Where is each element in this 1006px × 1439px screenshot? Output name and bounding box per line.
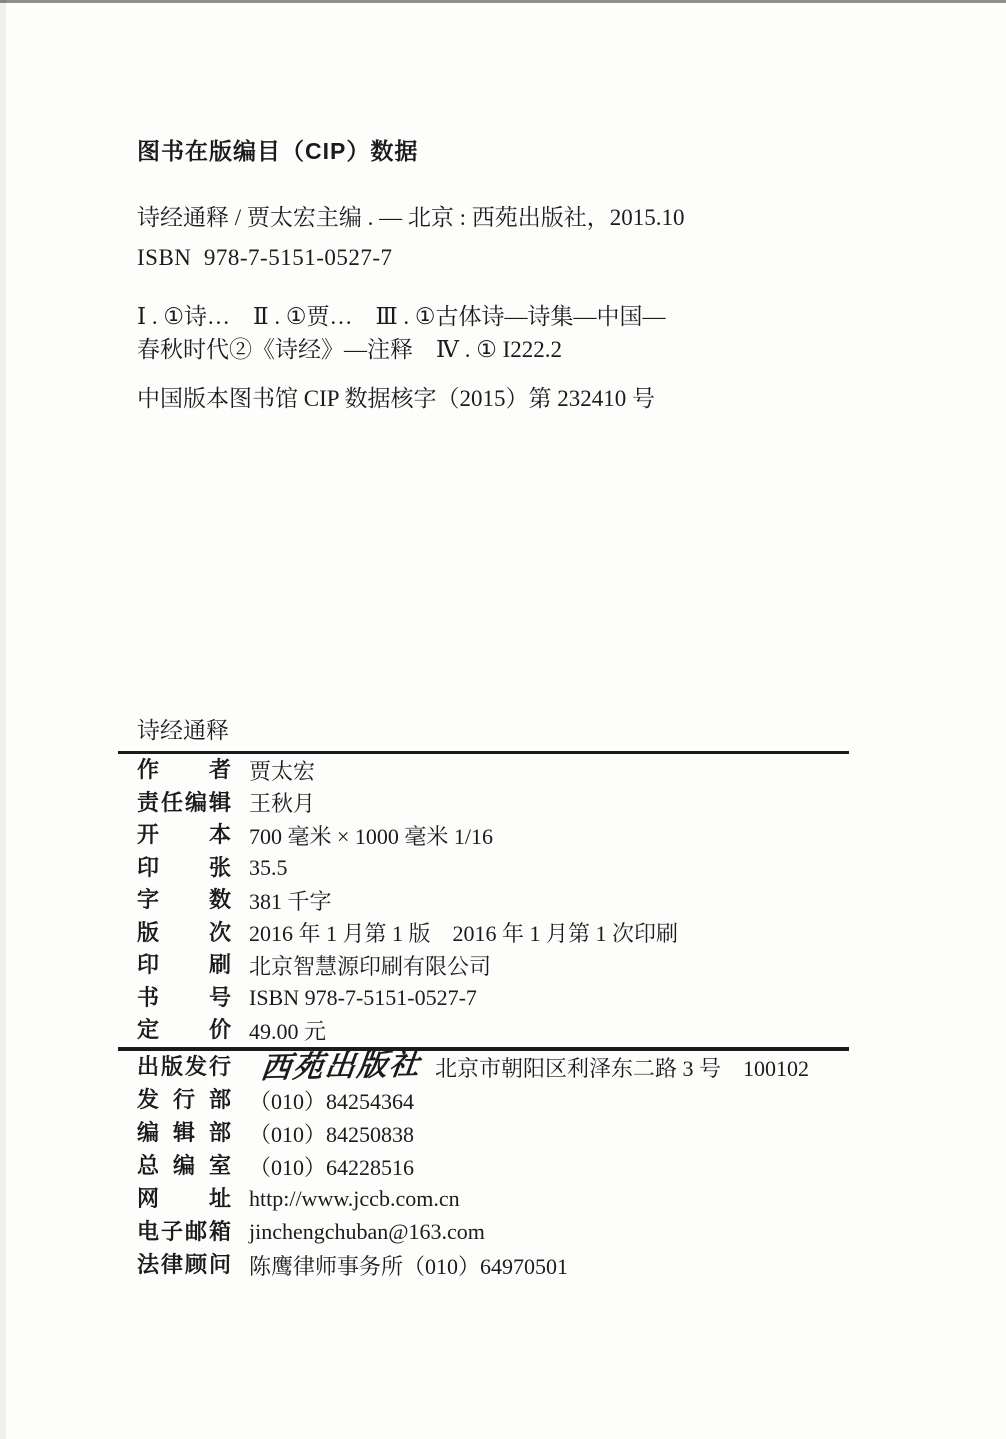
row-label: 总编室 <box>137 1155 231 1177</box>
row-label: 字数 <box>137 889 231 911</box>
row-label: 印刷 <box>137 954 231 976</box>
row-value: 2016 年 1 月第 1 版 2016 年 1 月第 1 次印刷 <box>249 917 678 948</box>
publisher-row-email: 电子邮箱 jinchengchuban@163.com <box>118 1216 849 1249</box>
publisher-row-distribution: 出版发行 西苑出版社 北京市朝阳区利泽东二路 3 号 100102 <box>118 1051 849 1084</box>
row-value: （010）84250838 <box>249 1118 414 1149</box>
colophon-row-edition: 版次 2016 年 1 月第 1 版 2016 年 1 月第 1 次印刷 <box>118 917 849 950</box>
row-label: 作者 <box>137 759 231 781</box>
row-label: 印张 <box>137 857 231 879</box>
row-value: ISBN 978-7-5151-0527-7 <box>249 985 477 1011</box>
row-label: 网址 <box>137 1188 231 1210</box>
colophon-row-price: 定价 49.00 元 <box>118 1014 849 1047</box>
cip-record-line: 中国版本图书馆 CIP 数据核字（2015）第 232410 号 <box>137 384 817 414</box>
scan-left-edge-artifact <box>0 0 6 1439</box>
row-label: 定价 <box>137 1019 231 1041</box>
row-label: 电子邮箱 <box>137 1221 231 1243</box>
publisher-row-legal-counsel: 法律顾问 陈鹰律师事务所（010）64970501 <box>118 1249 849 1282</box>
row-label: 版次 <box>137 922 231 944</box>
scan-top-edge-artifact <box>0 0 1006 3</box>
colophon-row-isbn: 书号 ISBN 978-7-5151-0527-7 <box>118 982 849 1015</box>
row-value: jinchengchuban@163.com <box>249 1219 485 1245</box>
colophon-row-wordcount: 字数 381 千字 <box>118 884 849 917</box>
colophon-row-editor: 责任编辑 王秋月 <box>118 787 849 820</box>
row-label: 发行部 <box>137 1089 231 1111</box>
publisher-row-distribution-dept: 发行部 （010）84254364 <box>118 1084 849 1117</box>
row-value: http://www.jccb.com.cn <box>249 1186 460 1212</box>
cip-block: 图书在版编目（CIP）数据 诗经通释 / 贾太宏主编 . — 北京 : 西苑出版… <box>137 136 817 414</box>
row-value: 陈鹰律师事务所（010）64970501 <box>249 1250 568 1281</box>
row-value: 北京智慧源印刷有限公司 <box>249 950 491 981</box>
publisher-logo: 西苑出版社 <box>259 1050 423 1084</box>
row-label: 开本 <box>137 824 231 846</box>
row-label: 责任编辑 <box>137 792 231 814</box>
row-value: 49.00 元 <box>249 1015 326 1046</box>
colophon-table: 作者 贾太宏 责任编辑 王秋月 开本 700 毫米 × 1000 毫米 1/16… <box>118 754 849 1047</box>
publisher-row-chief-editor-office: 总编室 （010）64228516 <box>118 1150 849 1183</box>
cip-classification-line-1: Ⅰ . ①诗… Ⅱ . ①贾… Ⅲ . ①古体诗—诗集—中国— <box>137 300 817 333</box>
row-value: 北京市朝阳区利泽东二路 3 号 100102 <box>435 1052 809 1083</box>
book-title: 诗经通释 <box>118 716 849 746</box>
cip-title-line: 诗经通释 / 贾太宏主编 . — 北京 : 西苑出版社，2015.10 <box>137 203 817 233</box>
row-value: 王秋月 <box>249 787 315 818</box>
row-label: 出版发行 <box>137 1056 231 1078</box>
row-value: 381 千字 <box>249 885 332 916</box>
cip-classification-line-2: 春秋时代②《诗经》—注释 Ⅳ . ① I222.2 <box>137 333 817 366</box>
row-value: 35.5 <box>249 855 288 881</box>
colophon-block: 诗经通释 作者 贾太宏 责任编辑 王秋月 开本 700 毫米 × 1000 毫米… <box>118 716 849 1282</box>
publisher-row-editorial-dept: 编辑部 （010）84250838 <box>118 1117 849 1150</box>
row-value: 700 毫米 × 1000 毫米 1/16 <box>249 820 493 851</box>
colophon-row-printer: 印刷 北京智慧源印刷有限公司 <box>118 949 849 982</box>
publisher-row-website: 网址 http://www.jccb.com.cn <box>118 1183 849 1216</box>
colophon-row-sheets: 印张 35.5 <box>118 852 849 885</box>
cip-isbn-line: ISBN 978-7-5151-0527-7 <box>137 243 817 273</box>
row-label: 书号 <box>137 987 231 1009</box>
cip-heading: 图书在版编目（CIP）数据 <box>137 136 817 166</box>
row-value: （010）64228516 <box>249 1151 414 1182</box>
publisher-contact-block: 出版发行 西苑出版社 北京市朝阳区利泽东二路 3 号 100102 发行部 （0… <box>118 1051 849 1282</box>
row-label: 编辑部 <box>137 1122 231 1144</box>
copyright-page: 图书在版编目（CIP）数据 诗经通释 / 贾太宏主编 . — 北京 : 西苑出版… <box>0 0 1006 1439</box>
row-value: 贾太宏 <box>249 755 315 786</box>
colophon-row-author: 作者 贾太宏 <box>118 754 849 787</box>
row-value: （010）84254364 <box>249 1085 414 1116</box>
row-label: 法律顾问 <box>137 1254 231 1276</box>
colophon-row-format: 开本 700 毫米 × 1000 毫米 1/16 <box>118 819 849 852</box>
